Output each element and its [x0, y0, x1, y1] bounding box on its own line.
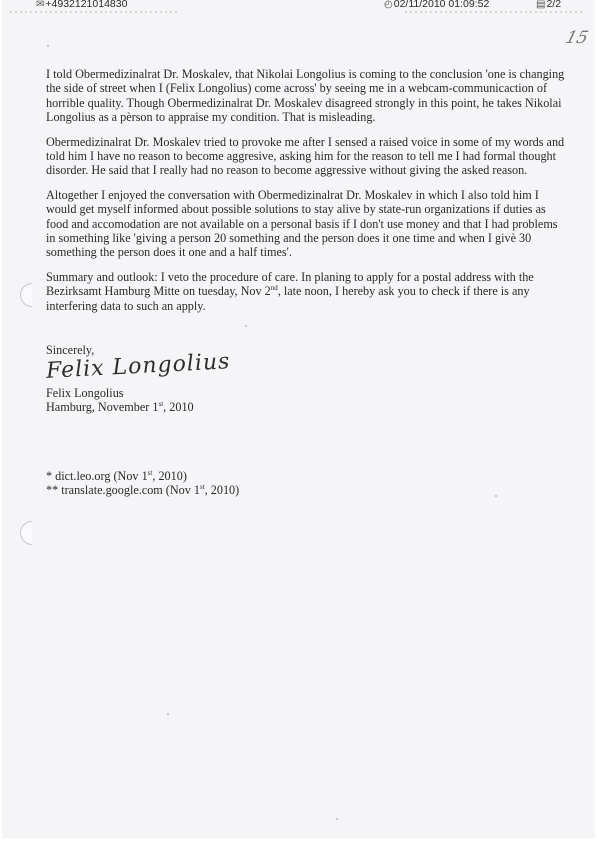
scan-noise: [10, 11, 180, 13]
fax-sender: ✉+4932121014830: [36, 0, 127, 10]
footnote-marker: **: [46, 483, 58, 497]
scan-speck: [47, 45, 49, 47]
footnote-text-end: , 2010): [205, 483, 240, 497]
clock-icon: ◴: [384, 0, 393, 10]
timestamp-text: 02/11/2010 01:09:52: [394, 0, 490, 10]
footnotes: * dict.leo.org (Nov 1st, 2010) ** transl…: [46, 469, 239, 498]
envelope-icon: ✉: [36, 0, 44, 10]
scan-speck: [167, 713, 169, 715]
fax-timestamp: ◴02/11/2010 01:09:52: [384, 0, 489, 10]
fax-header: ✉+4932121014830 ◴02/11/2010 01:09:52 ▤2/…: [0, 0, 597, 14]
place-date-text: Hamburg, November 1: [46, 400, 158, 414]
page-count-text: 2/2: [546, 0, 561, 10]
scan-speck: [336, 818, 338, 820]
paragraph: Altogether I enjoyed the conversation wi…: [46, 188, 566, 260]
signer-name: Felix Longolius: [46, 386, 124, 400]
footnote: ** translate.google.com (Nov 1st, 2010): [46, 483, 239, 497]
superscript: nd: [271, 284, 278, 292]
page-icon: ▤: [536, 0, 545, 10]
scan-speck: [190, 195, 192, 197]
fax-page-count: ▤2/2: [536, 0, 561, 10]
paragraph: Obermedizinalrat Dr. Moskalev tried to p…: [46, 135, 566, 178]
scan-speck: [495, 495, 497, 497]
footnote-text: translate.google.com (Nov 1: [58, 483, 200, 497]
scan-speck: [245, 325, 247, 327]
place-date: Hamburg, November 1st, 2010: [46, 400, 194, 414]
paragraph: I told Obermedizinalrat Dr. Moskalev, th…: [46, 67, 566, 125]
salutation: Sincerely,: [46, 343, 94, 357]
sender-number: +4932121014830: [45, 0, 127, 10]
footnote-text: dict.leo.org (Nov 1: [52, 469, 148, 483]
summary-paragraph: Summary and outlook: I veto the procedur…: [46, 270, 566, 313]
place-date-year: , 2010: [163, 400, 193, 414]
footnote: * dict.leo.org (Nov 1st, 2010): [46, 469, 239, 483]
letter-body: I told Obermedizinalrat Dr. Moskalev, th…: [46, 67, 566, 323]
footnote-text-end: , 2010): [152, 469, 187, 483]
scan-noise: [405, 11, 585, 13]
